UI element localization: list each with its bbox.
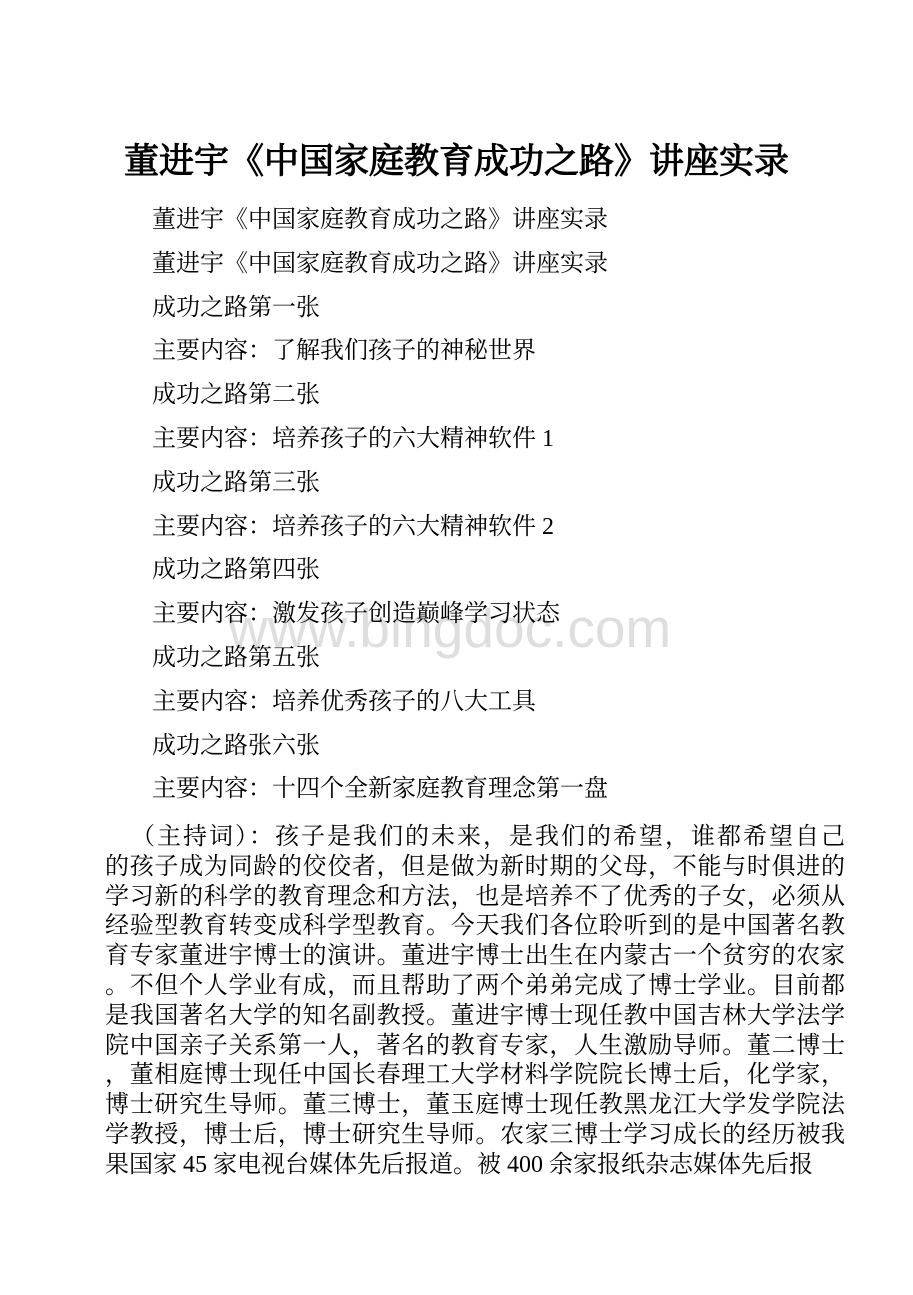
paragraph-line: 院中国亲子关系第一人，著名的教育专家，人生激励导师。董二博士	[105, 1032, 845, 1062]
outline-line: 成功之路第四张	[152, 549, 608, 593]
outline-line: 董进宇《中国家庭教育成功之路》讲座实录	[152, 243, 608, 287]
paragraph-line: 学习新的科学的教育理念和方法，也是培养不了优秀的子女，必须从	[105, 883, 845, 913]
outline-line: 主要内容：培养孩子的六大精神软件 1	[152, 418, 608, 462]
outline-line: 成功之路第一张	[152, 287, 608, 331]
paragraph-line: 的孩子成为同龄的佼佼者，但是做为新时期的父母，不能与时俱进的	[105, 853, 845, 883]
outline-line: 主要内容：十四个全新家庭教育理念第一盘	[152, 768, 608, 812]
outline-line: 主要内容：了解我们孩子的神秘世界	[152, 330, 608, 374]
outline-line: 成功之路第二张	[152, 374, 608, 418]
paragraph-line: 果国家 45 家电视台媒体先后报道。被 400 余家报纸杂志媒体先后报	[105, 1151, 845, 1181]
outline-line: 主要内容：培养优秀孩子的八大工具	[152, 681, 608, 725]
document-page: www.bingdoc.com 董进宇《中国家庭教育成功之路》讲座实录 董进宇《…	[0, 0, 913, 1295]
paragraph-line: 是我国著名大学的知名副教授。董进宇博士现任教中国吉林大学法学	[105, 1002, 845, 1032]
document-title: 董进宇《中国家庭教育成功之路》讲座实录	[0, 140, 913, 184]
outline-line: 成功之路第五张	[152, 637, 608, 681]
paragraph-line: 学教授，博士后，博士研究生导师。农家三博士学习成长的经历被我	[105, 1121, 845, 1151]
paragraph-line: 育专家董进宇博士的演讲。董进宇博士出生在内蒙古一个贫穷的农家	[105, 942, 845, 972]
outline-line: 主要内容：激发孩子创造巅峰学习状态	[152, 593, 608, 637]
outline-section: 董进宇《中国家庭教育成功之路》讲座实录董进宇《中国家庭教育成功之路》讲座实录成功…	[152, 199, 608, 812]
paragraph-line: ，董相庭博士现任中国长春理工大学材料学院院长博士后，化学家，	[105, 1061, 845, 1091]
outline-line: 主要内容：培养孩子的六大精神软件 2	[152, 506, 608, 550]
paragraph-line: （主持词）：孩子是我们的未来，是我们的希望，谁都希望自己	[105, 823, 845, 853]
outline-line: 董进宇《中国家庭教育成功之路》讲座实录	[152, 199, 608, 243]
paragraph-line: 。不但个人学业有成，而且帮助了两个弟弟完成了博士学业。目前都	[105, 972, 845, 1002]
outline-line: 成功之路第三张	[152, 462, 608, 506]
body-paragraph: （主持词）：孩子是我们的未来，是我们的希望，谁都希望自己的孩子成为同龄的佼佼者，…	[105, 823, 845, 1181]
paragraph-line: 经验型教育转变成科学型教育。今天我们各位聆听到的是中国著名教	[105, 912, 845, 942]
paragraph-line: 博士研究生导师。董三博士，董玉庭博士现任教黑龙江大学发学院法	[105, 1091, 845, 1121]
outline-line: 成功之路张六张	[152, 725, 608, 769]
